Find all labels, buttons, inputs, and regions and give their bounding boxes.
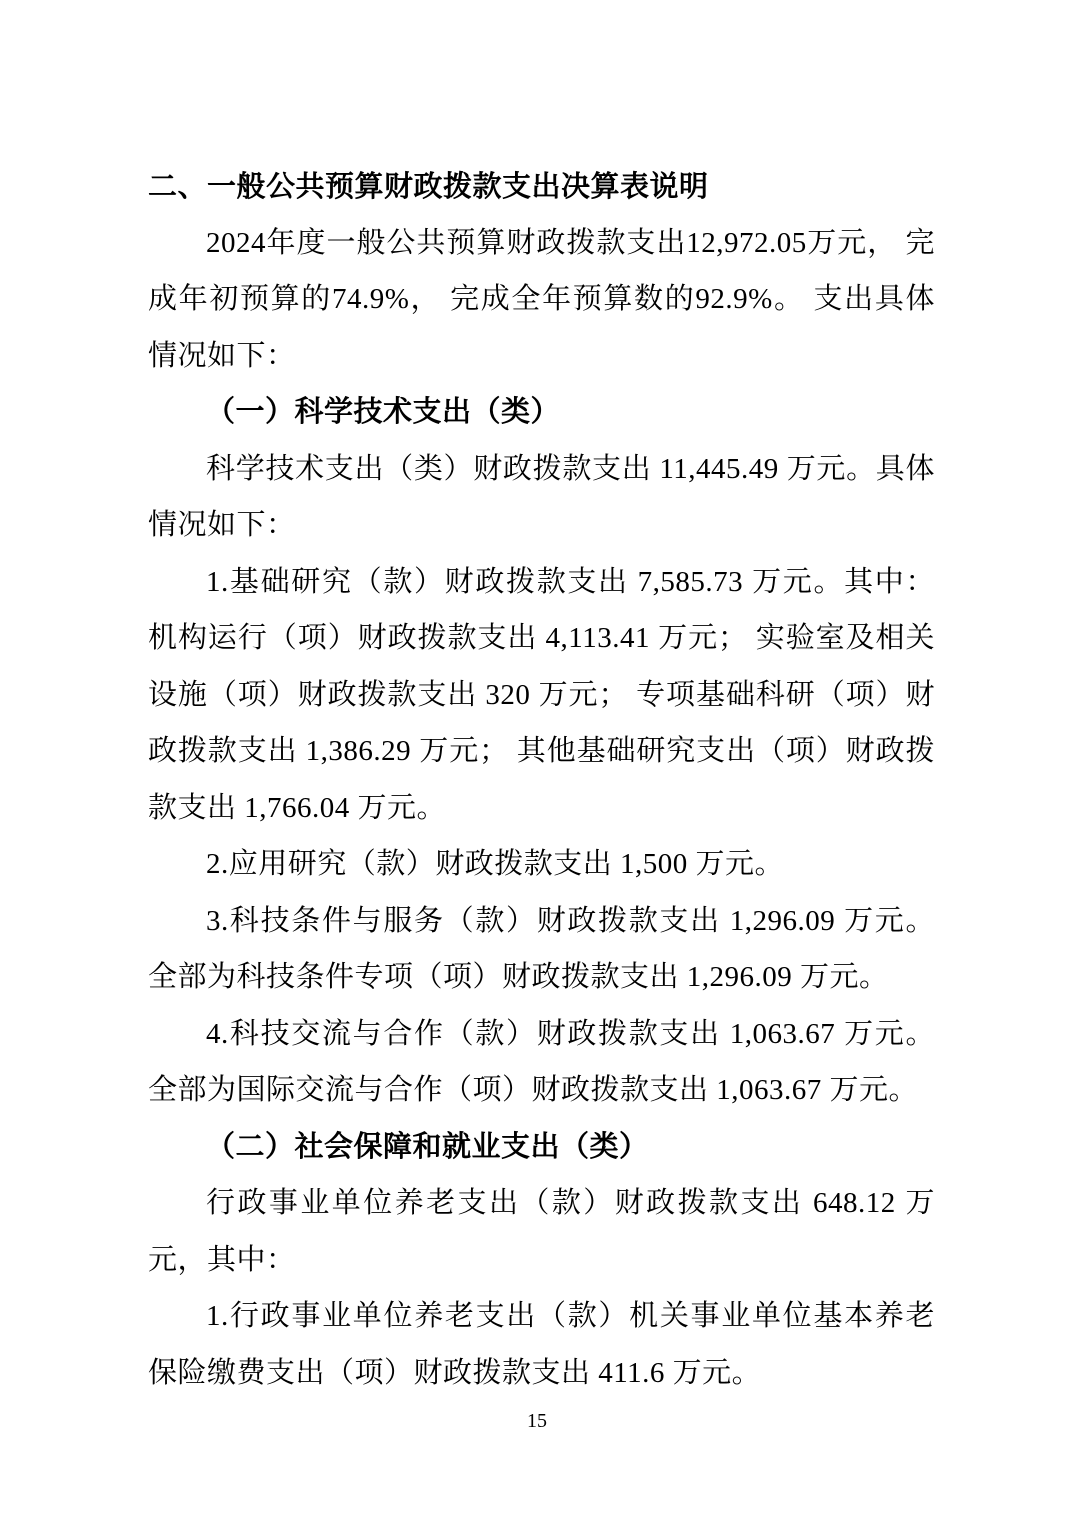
page-number: 15 (0, 1410, 1074, 1433)
paragraph: 1.基础研究（款）财政拨款支出 7,585.73 万元。其中： 机构运行（项）财… (148, 554, 935, 837)
document-page: 二、一般公共预算财政拨款支出决算表说明2024年度一般公共预算财政拨款支出12,… (0, 0, 1074, 1520)
paragraph: 行政事业单位养老支出（款）财政拨款支出 648.12 万元，其中： (148, 1175, 935, 1288)
paragraph: 2024年度一般公共预算财政拨款支出12,972.05万元， 完成年初预算的74… (148, 215, 935, 385)
paragraph: 1.行政事业单位养老支出（款）机关事业单位基本养老保险缴费支出（项）财政拨款支出… (148, 1288, 935, 1401)
paragraph: 3.科技条件与服务（款）财政拨款支出 1,296.09 万元。 全部为科技条件专… (148, 893, 935, 1006)
sub-heading: （一）科学技术支出（类） (148, 384, 935, 441)
document-content: 二、一般公共预算财政拨款支出决算表说明2024年度一般公共预算财政拨款支出12,… (148, 158, 935, 1401)
paragraph: 科学技术支出（类）财政拨款支出 11,445.49 万元。具体情况如下： (148, 441, 935, 554)
main-heading: 二、一般公共预算财政拨款支出决算表说明 (148, 158, 935, 215)
paragraph: 2.应用研究（款）财政拨款支出 1,500 万元。 (148, 836, 935, 893)
paragraph: 4.科技交流与合作（款）财政拨款支出 1,063.67 万元。 全部为国际交流与… (148, 1006, 935, 1119)
sub-heading: （二）社会保障和就业支出（类） (148, 1119, 935, 1176)
